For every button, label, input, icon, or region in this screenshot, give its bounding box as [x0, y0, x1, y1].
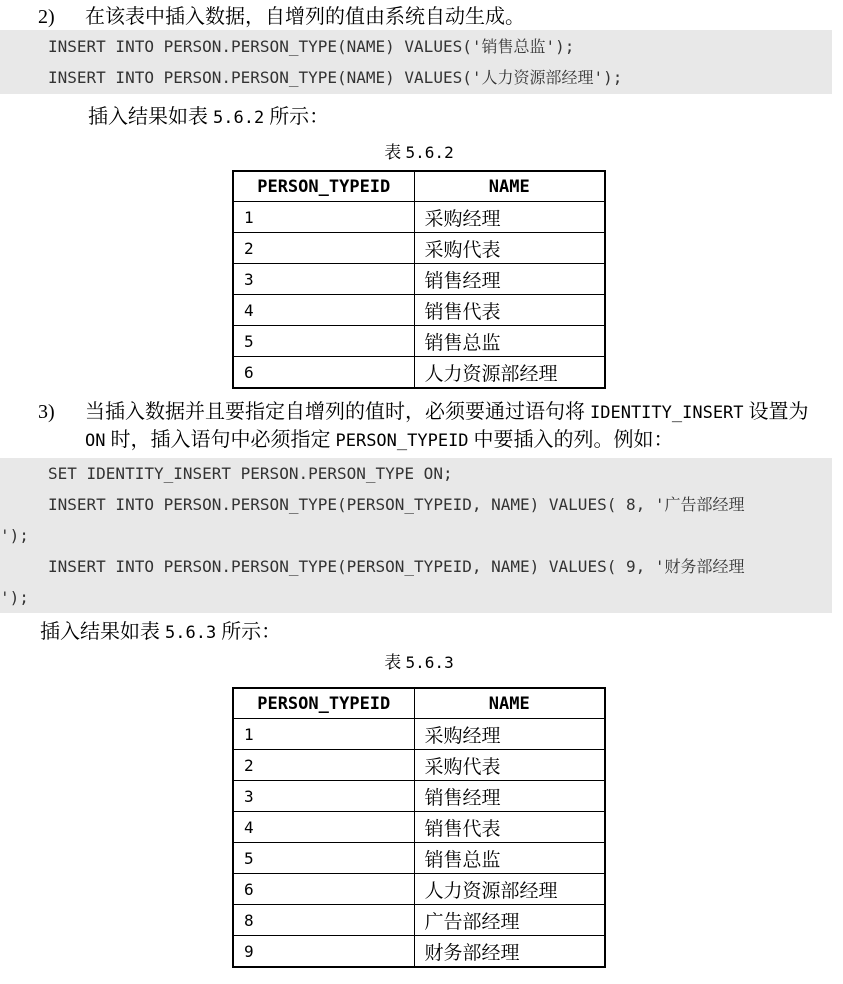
cell-name: 广告部经理 — [414, 905, 605, 936]
text-segment: 设置为 — [744, 401, 809, 423]
cell-person-typeid: 2 — [233, 233, 414, 264]
table-title-prefix: 表 — [384, 143, 405, 162]
cell-name: 采购代表 — [414, 233, 605, 264]
column-header: NAME — [414, 171, 605, 202]
sql-code-line: INSERT INTO PERSON.PERSON_TYPE(NAME) VAL… — [0, 62, 832, 93]
page: { "page": { "background": "#ffffff", "co… — [0, 0, 843, 984]
list-item-3-text: 当插入数据并且要指定自增列的值时，必须要通过语句将 IDENTITY_INSER… — [85, 399, 830, 455]
header-row: PERSON_TYPEIDNAME — [233, 171, 605, 202]
cell-person-typeid: 8 — [233, 905, 414, 936]
column-header: NAME — [414, 688, 605, 719]
table-row: 6人力资源部经理 — [233, 357, 605, 389]
caption-text: 插入结果如表 — [40, 621, 165, 643]
list-item-2-text: 在该表中插入数据，自增列的值由系统自动生成。 — [85, 4, 828, 31]
table-row: 9财务部经理 — [233, 936, 605, 968]
cell-name: 销售总监 — [414, 326, 605, 357]
table-row: 2采购代表 — [233, 233, 605, 264]
text-segment: 时，插入语句中必须指定 — [105, 429, 335, 451]
column-header: PERSON_TYPEID — [233, 688, 414, 719]
result-caption-2: 插入结果如表 5.6.3 所示： — [40, 619, 281, 646]
sql-code-line: SET IDENTITY_INSERT PERSON.PERSON_TYPE O… — [0, 458, 832, 489]
cell-name: 销售经理 — [414, 781, 605, 812]
table-row: 8广告部经理 — [233, 905, 605, 936]
text-segment: 当插入数据并且要指定自增列的值时，必须要通过语句将 — [85, 401, 590, 423]
cell-person-typeid: 3 — [233, 264, 414, 295]
caption-text: 插入结果如表 — [88, 106, 213, 128]
sql-code-line-wrap: '); — [0, 582, 832, 613]
table-title-number: 5.6.3 — [406, 653, 454, 672]
caption-table-number: 5.6.2 — [213, 108, 264, 128]
column-header: PERSON_TYPEID — [233, 171, 414, 202]
table-row: 3销售经理 — [233, 264, 605, 295]
cell-person-typeid: 2 — [233, 750, 414, 781]
cell-person-typeid: 1 — [233, 719, 414, 750]
sql-code-block-1: INSERT INTO PERSON.PERSON_TYPE(NAME) VAL… — [0, 30, 832, 94]
result-table-563: PERSON_TYPEIDNAME 1采购经理2采购代表3销售经理4销售代表5销… — [232, 687, 606, 968]
list-item-3: 3) 当插入数据并且要指定自增列的值时，必须要通过语句将 IDENTITY_IN… — [38, 399, 830, 455]
sql-code-line: INSERT INTO PERSON.PERSON_TYPE(PERSON_TY… — [0, 551, 832, 582]
keyword-on: ON — [85, 431, 105, 451]
cell-person-typeid: 3 — [233, 781, 414, 812]
caption-text: 所示： — [216, 621, 281, 643]
keyword-person-typeid: PERSON_TYPEID — [335, 431, 468, 451]
cell-name: 销售代表 — [414, 812, 605, 843]
table-title-prefix: 表 — [384, 653, 405, 672]
table-1-title: 表 5.6.2 — [232, 142, 606, 164]
cell-name: 采购经理 — [414, 202, 605, 233]
list-item-2: 2) 在该表中插入数据，自增列的值由系统自动生成。 — [38, 4, 828, 31]
cell-name: 销售代表 — [414, 295, 605, 326]
cell-name: 采购代表 — [414, 750, 605, 781]
keyword-identity-insert: IDENTITY_INSERT — [590, 403, 744, 423]
sql-code-line-wrap: '); — [0, 520, 832, 551]
table-2-title: 表 5.6.3 — [232, 652, 606, 674]
sql-code-line: INSERT INTO PERSON.PERSON_TYPE(NAME) VAL… — [0, 31, 832, 62]
cell-name: 采购经理 — [414, 719, 605, 750]
cell-name: 销售总监 — [414, 843, 605, 874]
list-item-3-marker: 3) — [38, 399, 55, 426]
table-row: 5销售总监 — [233, 843, 605, 874]
cell-person-typeid: 6 — [233, 357, 414, 389]
table-row: 1采购经理 — [233, 202, 605, 233]
table-row: 2采购代表 — [233, 750, 605, 781]
text-segment: 中要插入的列。例如： — [469, 429, 674, 451]
cell-person-typeid: 9 — [233, 936, 414, 968]
caption-text: 所示： — [264, 106, 329, 128]
cell-name: 人力资源部经理 — [414, 357, 605, 389]
table-row: 6人力资源部经理 — [233, 874, 605, 905]
table-row: 4销售代表 — [233, 812, 605, 843]
cell-name: 人力资源部经理 — [414, 874, 605, 905]
sql-code-block-2: SET IDENTITY_INSERT PERSON.PERSON_TYPE O… — [0, 458, 832, 613]
table-row: 4销售代表 — [233, 295, 605, 326]
sql-code-line: INSERT INTO PERSON.PERSON_TYPE(PERSON_TY… — [0, 489, 832, 520]
result-caption-1: 插入结果如表 5.6.2 所示： — [88, 104, 329, 131]
header-row: PERSON_TYPEIDNAME — [233, 688, 605, 719]
list-item-2-marker: 2) — [38, 4, 55, 31]
cell-person-typeid: 5 — [233, 326, 414, 357]
table-row: 5销售总监 — [233, 326, 605, 357]
cell-person-typeid: 4 — [233, 812, 414, 843]
cell-person-typeid: 5 — [233, 843, 414, 874]
result-table-562: PERSON_TYPEIDNAME 1采购经理2采购代表3销售经理4销售代表5销… — [232, 170, 606, 389]
cell-person-typeid: 1 — [233, 202, 414, 233]
cell-person-typeid: 4 — [233, 295, 414, 326]
table-row: 3销售经理 — [233, 781, 605, 812]
cell-person-typeid: 6 — [233, 874, 414, 905]
cell-name: 财务部经理 — [414, 936, 605, 968]
caption-table-number: 5.6.3 — [165, 623, 216, 643]
cell-name: 销售经理 — [414, 264, 605, 295]
table-row: 1采购经理 — [233, 719, 605, 750]
table-title-number: 5.6.2 — [406, 143, 454, 162]
